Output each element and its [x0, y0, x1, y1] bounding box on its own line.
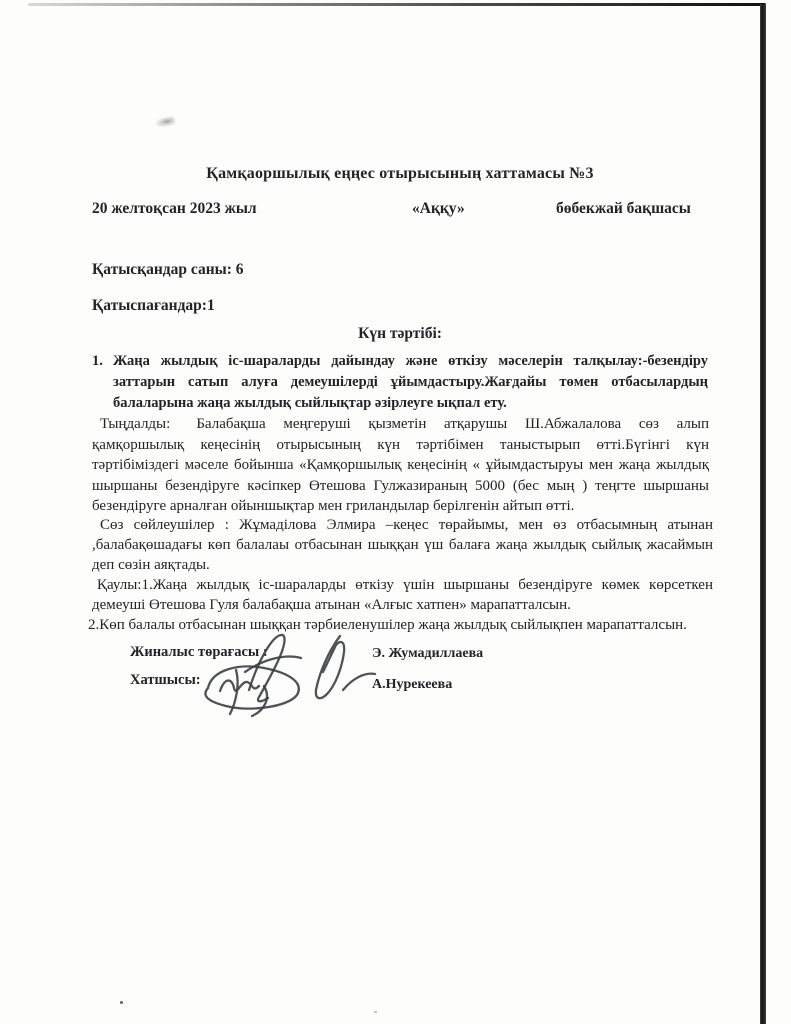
- attendance-present-line: Қатысқандар саны: 6: [92, 261, 244, 279]
- chair-name: Э. Жумадиллаева: [372, 646, 483, 662]
- agenda-item-number: 1.: [92, 351, 113, 414]
- speakers-paragraph: Сөз сөйлеушілер : Жұмаділова Элмира –кең…: [92, 515, 713, 575]
- scan-edge-top-line: [28, 3, 766, 6]
- speakers-and-resolutions: Сөз сөйлеушілер : Жұмаділова Элмира –кең…: [92, 515, 713, 635]
- date-org-line: 20 желтоқсан 2023 жыл «Аққу» бөбекжай ба…: [0, 200, 791, 222]
- attendance-absent-line: Қатыспағандар:1: [92, 297, 215, 315]
- agenda-heading: Күн тәртібі:: [30, 325, 770, 343]
- agenda-item: 1. Жаңа жылдық іс-шараларды дайындау жән…: [92, 351, 708, 414]
- scan-speck: [374, 1011, 377, 1013]
- secretary-signature: [192, 660, 314, 718]
- secretary-label: Хатшысы:: [130, 672, 201, 689]
- kindergarten-name: «Аққу»: [412, 200, 465, 218]
- resolution-paragraph-1: Қаулы:1.Жаңа жылдық іс-шараларды өткізу …: [92, 575, 713, 615]
- meeting-date: 20 желтоқсан 2023 жыл: [92, 200, 257, 218]
- scan-edge-right-bar: [760, 4, 766, 1024]
- scan-speck: [120, 1001, 123, 1004]
- document-title: Қамқаоршылық еңңес отырысының хаттамасы …: [30, 165, 770, 183]
- ink-smudge-mark: [154, 115, 176, 129]
- secretary-name: А.Нурекеева: [372, 677, 452, 693]
- agenda-item-text: Жаңа жылдық іс-шараларды дайындау және ө…: [113, 351, 708, 414]
- kindergarten-type: бөбекжай бақшасы: [556, 200, 691, 218]
- heard-paragraph: Тыңдалды:Балабақша меңгеруші қызметін ат…: [92, 414, 709, 517]
- heard-text: Балабақша меңгеруші қызметін атқарушы Ш.…: [92, 416, 709, 514]
- heard-label: Тыңдалды:: [100, 416, 170, 432]
- scanned-protocol-page: Қамқаоршылық еңңес отырысының хаттамасы …: [0, 0, 791, 1024]
- resolution-paragraph-2: 2.Көп балалы отбасынан шыққан тәрбиелену…: [88, 615, 713, 635]
